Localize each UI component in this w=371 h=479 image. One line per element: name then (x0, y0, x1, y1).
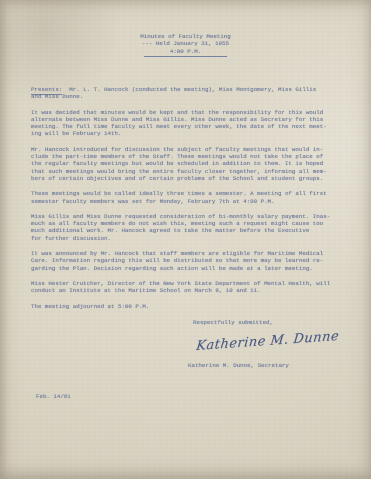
header-date-line: --- Held January 31, 1955 (0, 40, 371, 47)
paragraph-adjournment: The meeting adjourned at 5:00 P.M. (31, 303, 345, 310)
document-title: Minutes of Faculty Meeting (0, 33, 371, 40)
closing-respectfully: Respectfully submitted, (193, 319, 273, 326)
footer-date-note: Feb. 14/61 (36, 393, 71, 400)
header-time-line: 4:00 P.M. (144, 48, 227, 57)
document-header: Minutes of Faculty Meeting --- Held Janu… (0, 33, 371, 57)
paragraph-maritime-medical-care: It was announced by Mr. Hancock that sta… (31, 250, 345, 272)
paragraph-minutes-responsibility: It was decided that minutes would be kep… (31, 109, 345, 138)
paragraph-salary-payment: Miss Gillis and Miss Dunne requested con… (31, 213, 345, 242)
handwritten-signature: Katherine M. Dunne (195, 329, 336, 355)
document-body: Minutes of Faculty Meeting --- Held Janu… (0, 0, 371, 479)
presents-text: Mr. L. T. Hancock (conducted the meeting… (31, 86, 316, 100)
scanned-page: Minutes of Faculty Meeting --- Held Janu… (0, 0, 371, 479)
minutes-content: Presents: Mr. L. T. Hancock (conducted t… (31, 86, 345, 318)
paragraph-meeting-schedule: These meetings would be called ideally t… (31, 190, 345, 205)
paragraph-faculty-meetings-proposal: Mr. Hancock introduced for discussion th… (31, 146, 345, 182)
paragraph-institute-announcement: Miss Hester Crutcher, Director of the Ne… (31, 280, 345, 295)
typed-signature-name: Katherine M. Dunne, Secretary (188, 362, 289, 369)
presents-paragraph: Presents: Mr. L. T. Hancock (conducted t… (31, 86, 345, 101)
